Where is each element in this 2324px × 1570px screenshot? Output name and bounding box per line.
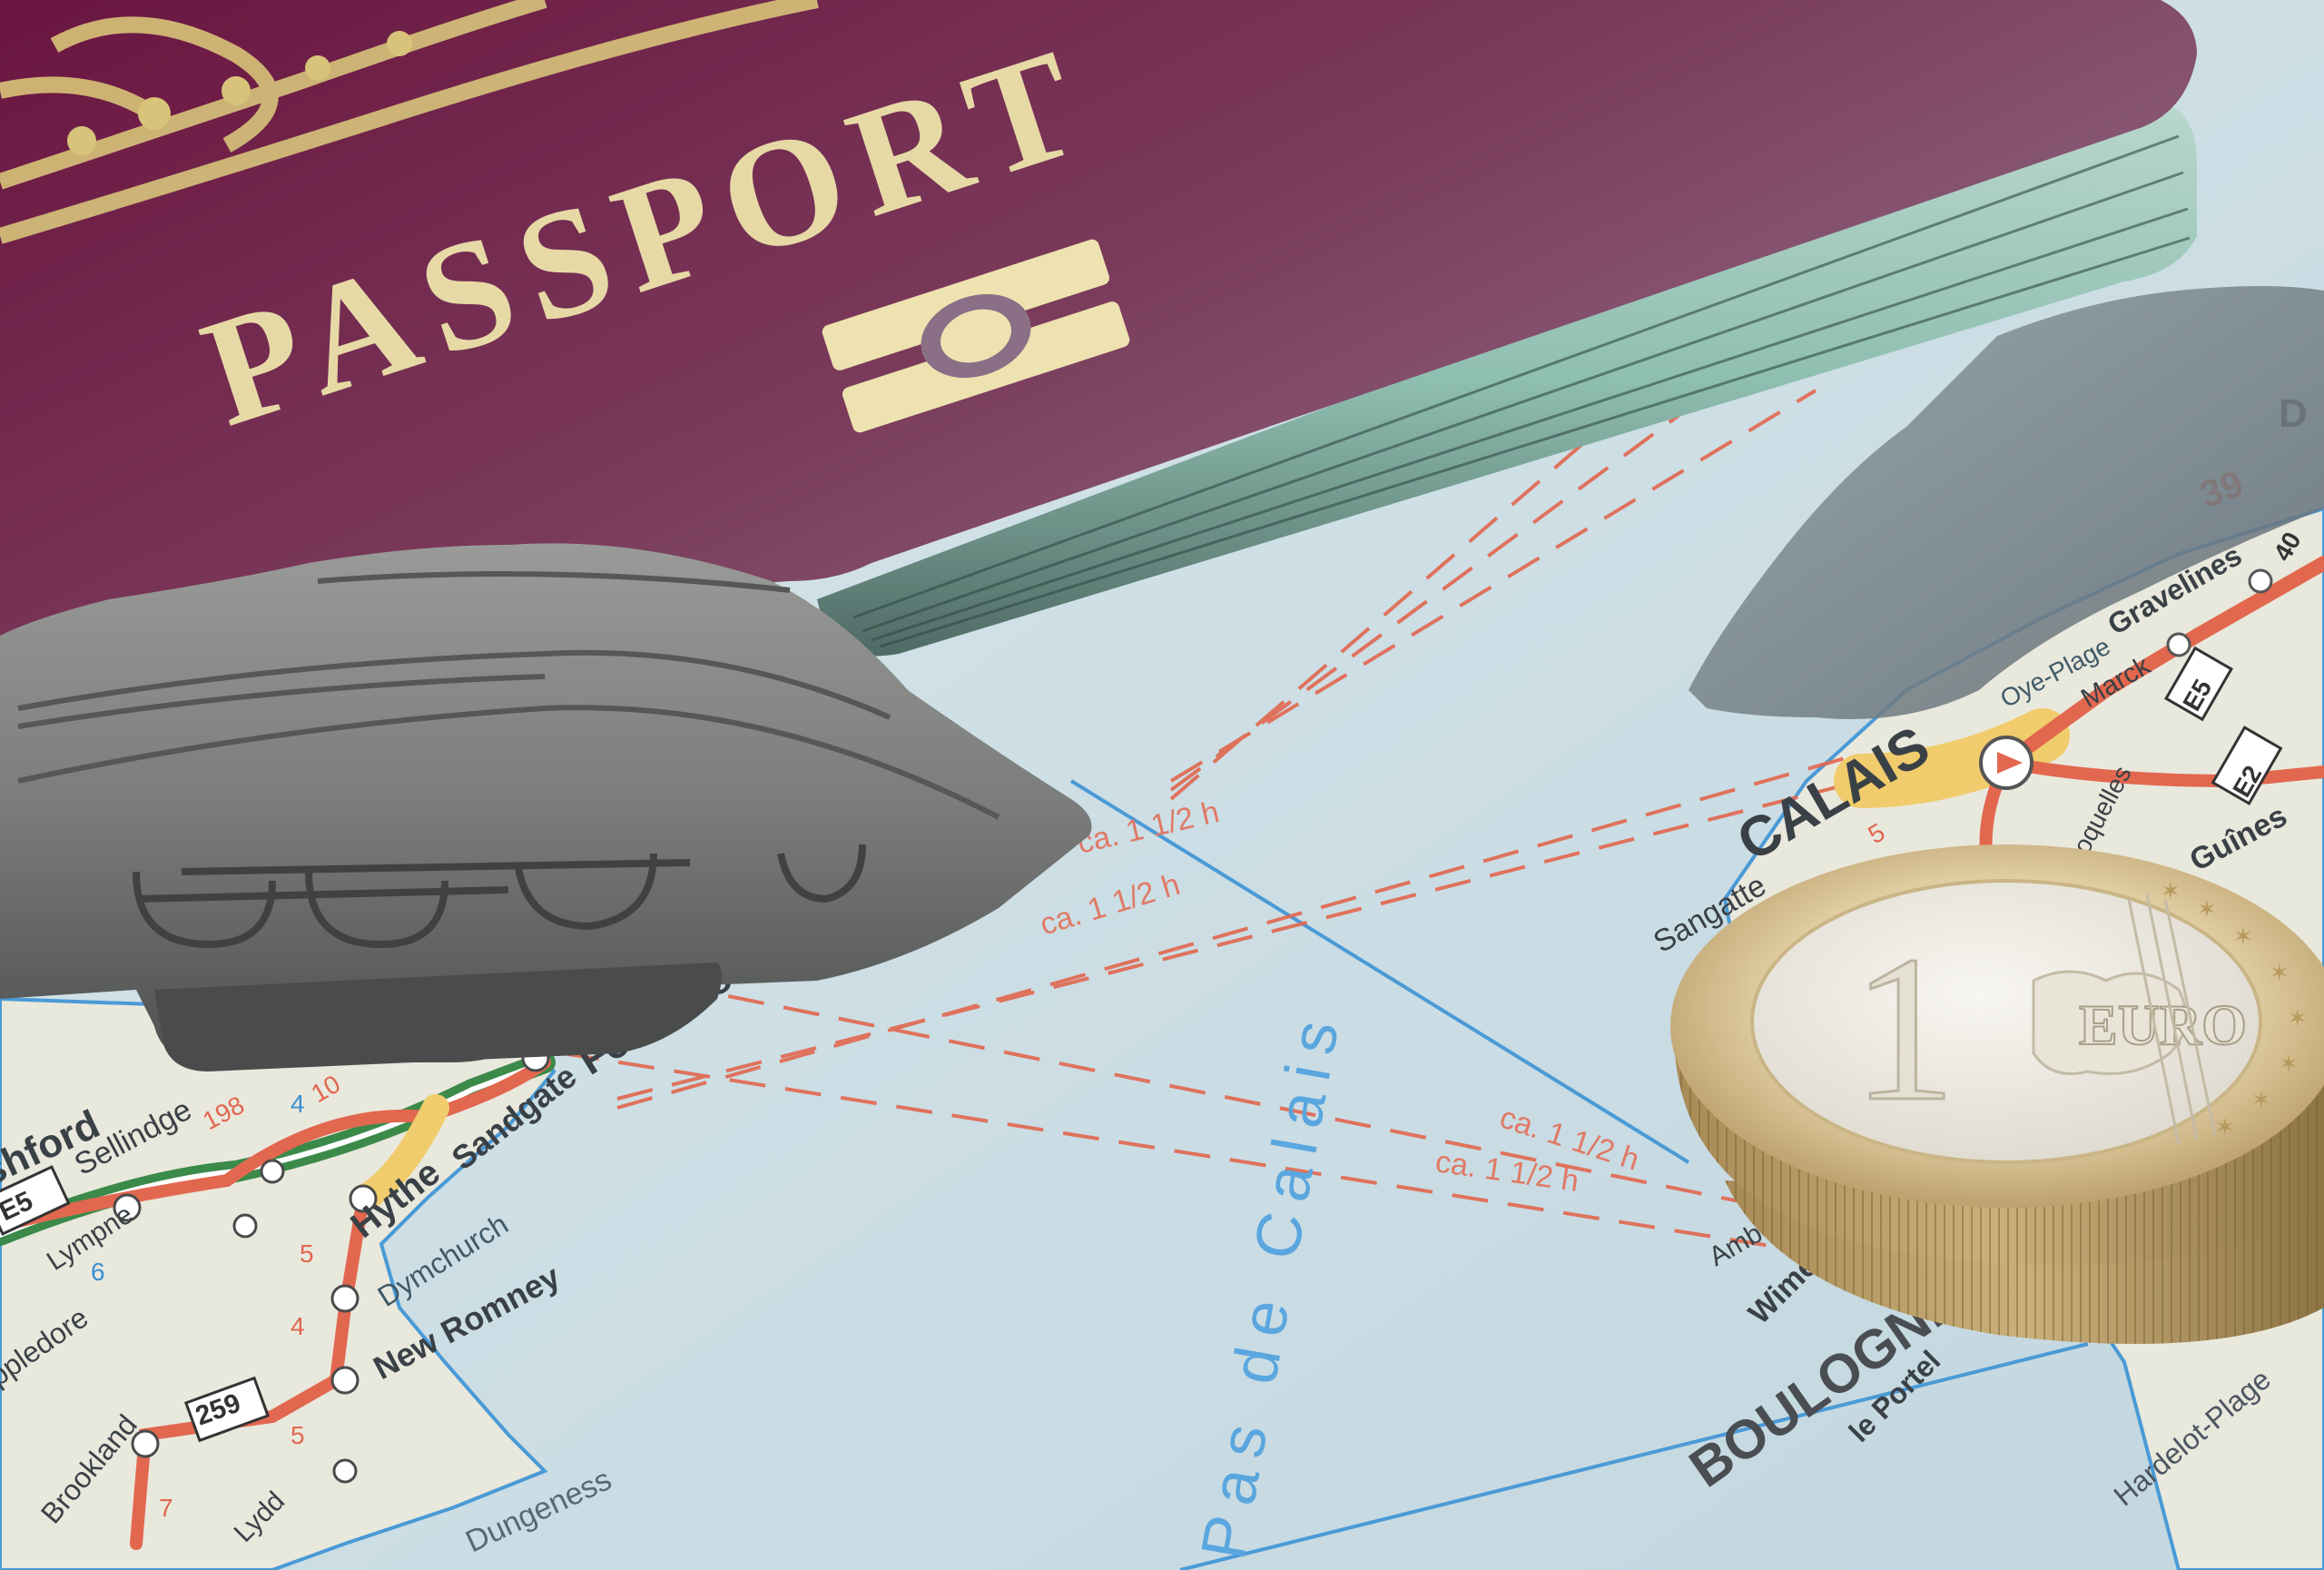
coin-currency: EURO <box>2079 992 2247 1057</box>
route-number: 6 <box>91 1258 105 1286</box>
svg-text:✶: ✶ <box>2233 923 2253 950</box>
route-number: 5 <box>300 1239 314 1268</box>
svg-text:✶: ✶ <box>2270 959 2290 986</box>
svg-text:✶: ✶ <box>2251 1086 2271 1113</box>
route-number: 4 <box>290 1090 305 1118</box>
svg-text:✶: ✶ <box>2197 895 2217 923</box>
svg-text:✶: ✶ <box>2215 1113 2235 1140</box>
svg-text:✶: ✶ <box>2288 1004 2308 1032</box>
svg-text:✶: ✶ <box>2161 877 2181 904</box>
svg-text:✶: ✶ <box>2279 1050 2299 1077</box>
travel-photo-scene: ca. 1 1/2 h ca. 1 1/2 h ca. 1 1/2 h ca. … <box>0 0 2324 1570</box>
route-number: 4 <box>290 1312 305 1340</box>
route-number: 5 <box>290 1421 305 1449</box>
coin-value: 1 <box>1852 913 1956 1144</box>
route-number: 7 <box>159 1494 173 1522</box>
